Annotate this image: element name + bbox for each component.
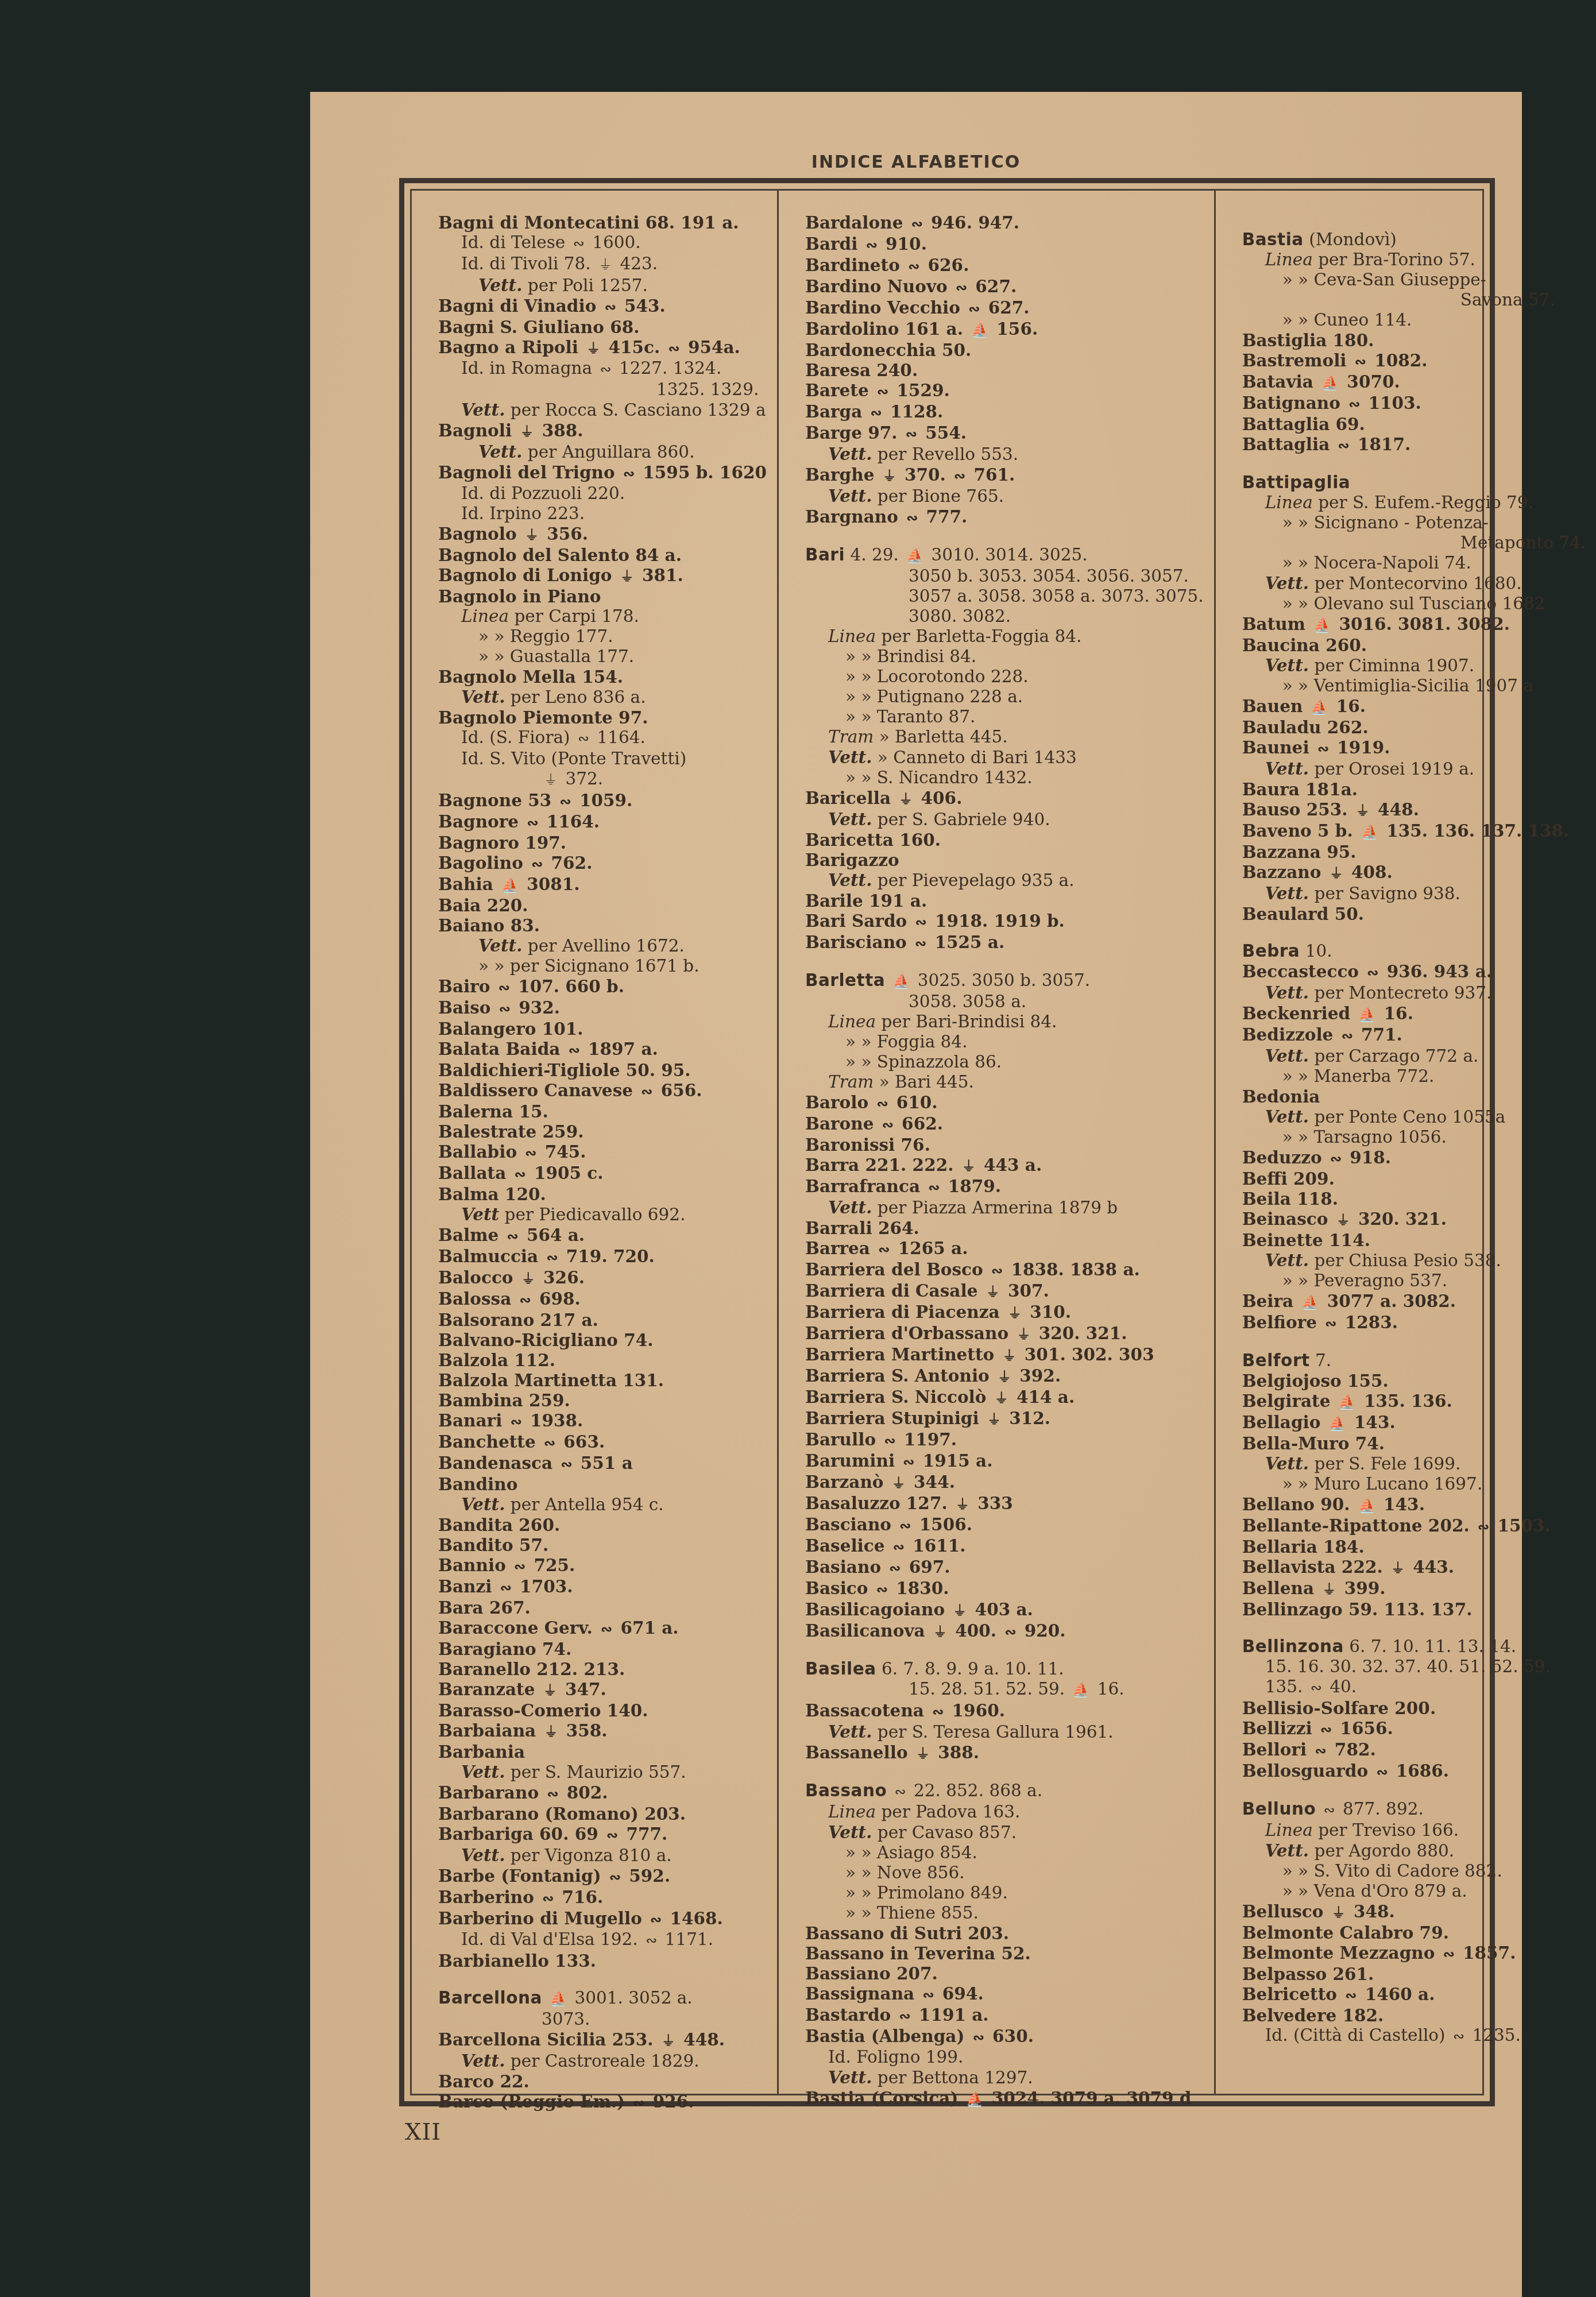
index-entry: Barbianello 133. [438, 1951, 767, 1971]
boat-icon: ⛵ [1358, 1495, 1375, 1515]
index-entry: Vett. per Agordo 880. [1242, 1840, 1586, 1861]
train-icon: ∾ [899, 1515, 911, 1536]
train-icon: ∾ [903, 1452, 914, 1472]
tram-icon: ⏚ [962, 1156, 976, 1176]
index-entry: Bahia ⛵ 3081. [438, 874, 767, 895]
index-entry: Id. Irpino 223. [438, 504, 767, 524]
index-entry: Barile 191 a. [805, 891, 1204, 911]
index-entry: Barete ∾ 1529. [805, 380, 1204, 401]
tram-icon: ⏚ [544, 770, 558, 790]
boat-icon: ⛵ [971, 320, 988, 340]
train-icon: ∾ [877, 381, 888, 401]
index-entry: Bastia (Corsica) ⛵ 3024. 3079 a. 3079 d [805, 2088, 1204, 2109]
index-entry: Banchette ∾ 663. [438, 1432, 767, 1453]
index-entry: Bebra 10. [1242, 941, 1586, 961]
index-entry: Basciano ∾ 1506. [805, 1514, 1204, 1536]
index-entry: » » Thiene 855. [805, 1903, 1204, 1923]
vettura-label: Vett. [828, 809, 872, 829]
index-entry: Vett. per Vigonza 810 a. [438, 1845, 767, 1866]
index-entry: Bardineto ∾ 626. [805, 255, 1204, 276]
index-entry: Baiano 83. [438, 915, 767, 935]
index-entry: Batum ⛵ 3016. 3081. 3082. [1242, 614, 1586, 635]
train-icon: ∾ [1348, 394, 1360, 414]
index-entry: Savona 57. [1242, 290, 1586, 310]
index-entry: Id. di Tivoli 78. ⏚ 423. [438, 254, 767, 275]
index-entry: Bastremoli ∾ 1082. [1242, 350, 1586, 372]
index-entry: Belfiore ∾ 1283. [1242, 1312, 1586, 1333]
index-entry: Balsorano 217 a. [438, 1310, 767, 1330]
vettura-label: Vett. [478, 935, 522, 956]
index-entry: Basico ∾ 1830. [805, 1578, 1204, 1599]
vettura-label: Vett. [461, 1845, 505, 1865]
index-entry: » » Olevano sul Tusciano 1682 [1242, 594, 1586, 614]
train-icon: ∾ [1315, 1741, 1326, 1761]
tram-icon: ⏚ [1336, 1210, 1350, 1230]
index-entry: Bellante-Ripattone 202. ∾ 1503. [1242, 1515, 1586, 1537]
major-station-name: Barcellona [438, 1988, 542, 2008]
index-entry: Vett. per S. Fele 1699. [1242, 1453, 1586, 1474]
index-entry: » » Vena d'Oro 879 a. [1242, 1881, 1586, 1901]
index-entry: Bassanello ⏚ 388. [805, 1742, 1204, 1764]
train-icon: ∾ [882, 1115, 894, 1135]
index-entry: Balossa ∾ 698. [438, 1289, 767, 1310]
index-entry: 1325. 1329. [438, 380, 767, 400]
linea-label: Linea [1265, 250, 1313, 269]
major-station-name: Belfort [1242, 1351, 1310, 1370]
index-entry: Bandita 260. [438, 1515, 767, 1535]
index-entry: Barigazzo [805, 850, 1204, 870]
tram-icon: ⏚ [916, 1743, 930, 1764]
index-entry: Barriera di Piacenza ⏚ 310. [805, 1302, 1204, 1323]
tram-label: Tram [828, 1072, 874, 1092]
index-entry: » » Primolano 849. [805, 1883, 1204, 1903]
index-entry: Baraccone Gerv. ∾ 671 a. [438, 1618, 767, 1639]
train-icon: ∾ [866, 235, 878, 255]
train-icon: ∾ [561, 1454, 572, 1474]
train-icon: ∾ [1320, 1719, 1332, 1739]
index-entry: Balmuccia ∾ 719. 720. [438, 1246, 767, 1267]
index-entry: Vett. per Ciminna 1907. [1242, 655, 1586, 676]
major-station-name: Bebra [1242, 941, 1300, 961]
train-icon: ∾ [906, 424, 917, 444]
index-entry: Bardonecchia 50. [805, 340, 1204, 360]
index-entry: Bellori ∾ 782. [1242, 1739, 1586, 1761]
index-entry: 15. 16. 30. 32. 37. 40. 51. 52. 59. [1242, 1657, 1586, 1677]
index-entry: » » Locorotondo 228. [805, 667, 1204, 687]
index-entry: Bellano 90. ⛵ 143. [1242, 1494, 1586, 1515]
index-entry: Barasso-Comerio 140. [438, 1700, 767, 1720]
train-icon: ∾ [956, 277, 967, 297]
index-entry: 3073. [438, 2009, 767, 2029]
index-entry: 3057 a. 3058. 3058 a. 3073. 3075. [805, 586, 1204, 606]
train-icon: ∾ [895, 1782, 906, 1802]
train-icon: ∾ [641, 1081, 652, 1101]
index-entry: Barbarano (Romano) 203. [438, 1804, 767, 1824]
train-icon: ∾ [1367, 962, 1378, 983]
index-entry: Bari Sardo ∾ 1918. 1919 b. [805, 911, 1204, 932]
train-icon: ∾ [906, 508, 918, 528]
train-icon: ∾ [1345, 1985, 1357, 2005]
index-entry: Linea per S. Eufem.-Reggio 79. [1242, 493, 1586, 513]
index-entry: » » Ceva-San Giuseppe- [1242, 270, 1586, 290]
index-column-1: Bagni di Montecatini 68. 191 a.Id. di Te… [412, 191, 777, 2094]
index-entry: Barbe (Fontanig) ∾ 592. [438, 1866, 767, 1887]
index-entry: Bargnano ∾ 777. [805, 506, 1204, 528]
index-entry: Belluno ∾ 877. 892. [1242, 1799, 1586, 1820]
train-icon: ∾ [606, 1825, 618, 1845]
tram-icon: ⏚ [586, 338, 600, 358]
index-entry: Banari ∾ 1938. [438, 1410, 767, 1432]
index-entry: 3050 b. 3053. 3054. 3056. 3057. [805, 566, 1204, 586]
index-entry: Belmonte Calabro 79. [1242, 1923, 1586, 1943]
train-icon: ∾ [928, 1177, 940, 1197]
index-entry: Vett. per Carzago 772 a. [1242, 1046, 1586, 1066]
vettura-label: Vett. [828, 747, 872, 767]
vettura-label: Vett. [461, 1762, 505, 1782]
index-entry: Bagolino ∾ 762. [438, 853, 767, 874]
vettura-label: Vett. [461, 400, 505, 420]
index-entry: Bagni di Vinadio ∾ 543. [438, 296, 767, 317]
index-entry: Metaponto 74. [1242, 533, 1586, 553]
index-entry: Beinette 114. [1242, 1230, 1586, 1250]
index-entry: Bandino [438, 1474, 767, 1494]
index-entry: Beinasco ⏚ 320. 321. [1242, 1209, 1586, 1230]
index-entry: Bastia (Albenga) ∾ 630. [805, 2026, 1204, 2047]
index-entry: Barletta ⛵ 3025. 3050 b. 3057. [805, 970, 1204, 992]
index-entry: Balzola Martinetta 131. [438, 1370, 767, 1390]
tram-icon: ⏚ [598, 255, 612, 275]
index-entry: » » Nocera-Napoli 74. [1242, 553, 1586, 573]
index-entry: Bellosguardo ∾ 1686. [1242, 1761, 1586, 1782]
tram-icon: ⏚ [525, 525, 539, 545]
train-icon: ∾ [507, 1226, 519, 1246]
index-entry: Ballata ∾ 1905 c. [438, 1163, 767, 1184]
train-icon: ∾ [605, 297, 616, 317]
boat-icon: ⛵ [906, 546, 923, 566]
index-entry: Linea per Treviso 166. [1242, 1820, 1586, 1840]
index-entry: Linea per Barletta-Foggia 84. [805, 627, 1204, 647]
train-icon: ∾ [1342, 1026, 1353, 1046]
index-entry: Belgirate ⛵ 135. 136. [1242, 1391, 1586, 1412]
index-entry: Id. Foligno 199. [805, 2047, 1204, 2067]
tram-icon: ⏚ [521, 1269, 535, 1289]
index-entry: Bagnoro 197. [438, 833, 767, 853]
tram-icon: ⏚ [1003, 1345, 1017, 1366]
index-entry: Bari 4. 29. ⛵ 3010. 3014. 3025. [805, 545, 1204, 566]
index-entry: Barga ∾ 1128. [805, 401, 1204, 423]
tram-icon: ⏚ [986, 1282, 1000, 1302]
index-entry: » » Asiago 854. [805, 1843, 1204, 1863]
index-entry: Vett. per Revello 553. [805, 444, 1204, 465]
boat-icon: ⛵ [1302, 1292, 1319, 1312]
index-entry: Bauladu 262. [1242, 717, 1586, 737]
index-entry: Id. di Val d'Elsa 192. ∾ 1171. [438, 1929, 767, 1951]
tram-icon: ⏚ [953, 1600, 967, 1621]
index-column-3: Bastia (Mondovì)Linea per Bra-Torino 57.… [1214, 191, 1596, 2094]
train-icon: ∾ [1376, 1762, 1388, 1782]
index-entry: Vett. per Pievepelago 935 a. [805, 870, 1204, 891]
index-entry: Belvedere 182. [1242, 2005, 1586, 2025]
train-icon: ∾ [1355, 351, 1366, 372]
index-entry: Barriera Martinetto ⏚ 301. 302. 303 [805, 1344, 1204, 1366]
vettura-label: Vett. [478, 275, 522, 295]
tram-icon: ⏚ [1391, 1558, 1405, 1578]
index-entry: Basilicagoiano ⏚ 403 a. [805, 1599, 1204, 1621]
index-entry: Bagni di Montecatini 68. 191 a. [438, 212, 767, 233]
index-entry: Balangero 101. [438, 1019, 767, 1039]
index-entry: Basaluzzo 127. ⏚ 333 [805, 1493, 1204, 1514]
index-entry: Balme ∾ 564 a. [438, 1225, 767, 1246]
index-entry: Vett. per Bettona 1297. [805, 2067, 1204, 2088]
train-icon: ∾ [515, 1164, 526, 1184]
index-entry: Balma 120. [438, 1184, 767, 1204]
train-icon: ∾ [1325, 1313, 1336, 1333]
index-entry: Beckenried ⛵ 16. [1242, 1003, 1586, 1024]
index-entry: Vett. per Poli 1257. [438, 275, 767, 296]
index-entry: Bellena ⏚ 399. [1242, 1578, 1586, 1599]
index-entry: Batavia ⛵ 3070. [1242, 372, 1586, 393]
index-entry: Basilicanova ⏚ 400. ∾ 920. [805, 1621, 1204, 1642]
index-entry: Baricella ⏚ 406. [805, 788, 1204, 809]
index-entry: Balestrate 259. [438, 1122, 767, 1142]
train-icon: ∾ [569, 1040, 580, 1060]
index-frame: Bagni di Montecatini 68. 191 a.Id. di Te… [399, 178, 1495, 2106]
vettura-label: Vett. [461, 1494, 505, 1514]
train-icon: ∾ [1004, 1622, 1016, 1642]
index-entry: Bagnoli del Trigno ∾ 1595 b. 1620 [438, 462, 767, 484]
index-entry: Barumini ∾ 1915 a. [805, 1451, 1204, 1472]
index-columns: Bagni di Montecatini 68. 191 a.Id. di Te… [412, 191, 1482, 2094]
train-icon: ∾ [600, 359, 612, 380]
index-entry: Belfort 7. [1242, 1351, 1586, 1371]
boat-icon: ⛵ [1329, 1413, 1346, 1433]
train-icon: ∾ [573, 234, 585, 254]
train-icon: ∾ [520, 1290, 531, 1310]
index-entry: Bairo ∾ 107. 660 b. [438, 976, 767, 997]
index-entry: Bastiglia 180. [1242, 330, 1586, 350]
index-entry: Balerna 15. [438, 1101, 767, 1122]
index-entry: Bassano ∾ 22. 852. 868 a. [805, 1781, 1204, 1802]
index-entry: Bellizzi ∾ 1656. [1242, 1718, 1586, 1739]
major-station-name: Basilea [805, 1659, 876, 1679]
index-entry: » » per Sicignano 1671 b. [438, 956, 767, 976]
boat-icon: ⛵ [967, 2089, 984, 2109]
train-icon: ∾ [1311, 1678, 1322, 1698]
index-entry: Belricetto ∾ 1460 a. [1242, 1984, 1586, 2005]
index-entry: » » Guastalla 177. [438, 647, 767, 667]
index-entry: Baragiano 74. [438, 1639, 767, 1659]
major-station-name: Bassano [805, 1781, 887, 1800]
tram-icon: ⏚ [662, 2031, 675, 2051]
vettura-label: Vett. [461, 2051, 505, 2071]
boat-icon: ⛵ [1311, 697, 1328, 717]
major-station-name: Belluno [1242, 1799, 1316, 1819]
index-entry: Vett. per Cavaso 857. [805, 1822, 1204, 1843]
train-icon: ∾ [633, 2093, 644, 2113]
index-entry: Barullo ∾ 1197. [805, 1429, 1204, 1451]
boat-icon: ⛵ [1313, 615, 1331, 635]
index-entry: Baricetta 160. [805, 830, 1204, 850]
train-icon: ∾ [922, 1985, 934, 2005]
vettura-label: Vett. [828, 870, 872, 890]
vettura-label: Vett. [828, 1822, 872, 1842]
index-entry: Beccastecco ∾ 936. 943 a. [1242, 961, 1586, 983]
train-icon: ∾ [514, 1556, 525, 1576]
index-entry: Barrafranca ∾ 1879. [805, 1176, 1204, 1197]
index-entry: Barghe ⏚ 370. ∾ 761. [805, 465, 1204, 486]
index-entry: Id. (Città di Castello) ∾ 1235. [1242, 2025, 1586, 2047]
index-entry: Banzi ∾ 1703. [438, 1576, 767, 1598]
index-entry: Beffi 209. [1242, 1169, 1586, 1189]
tram-icon: ⏚ [1008, 1303, 1022, 1323]
index-entry: Linea per Bari-Brindisi 84. [805, 1012, 1204, 1032]
index-entry: Baveno 5 b. ⛵ 135. 136. 137. 138. [1242, 821, 1586, 842]
index-entry: Bauen ⛵ 16. [1242, 696, 1586, 717]
index-entry: ⏚ 372. [438, 769, 767, 790]
index-entry: Barge 97. ∾ 554. [805, 423, 1204, 444]
index-entry: Barcellona ⛵ 3001. 3052 a. [438, 1988, 767, 2009]
index-entry: » » Reggio 177. [438, 627, 767, 647]
index-entry: Vett. per Piazza Armerina 1879 b [805, 1197, 1204, 1218]
index-entry: Vett. per Orosei 1919 a. [1242, 759, 1586, 779]
index-entry: » » Peveragno 537. [1242, 1271, 1586, 1291]
boat-icon: ⛵ [1358, 1004, 1375, 1024]
index-entry: » » Muro Lucano 1697. [1242, 1474, 1586, 1494]
index-frame-inner: Bagni di Montecatini 68. 191 a.Id. di Te… [410, 189, 1484, 2095]
index-entry: Barriera del Bosco ∾ 1838. 1838 a. [805, 1259, 1204, 1281]
index-entry: Bassacotena ∾ 1960. [805, 1700, 1204, 1722]
index-entry: Barriera d'Orbassano ⏚ 320. 321. [805, 1323, 1204, 1344]
index-entry: Belgiojoso 155. [1242, 1371, 1586, 1391]
index-entry: Bardi ∾ 910. [805, 234, 1204, 255]
index-entry: Baranzate ⏚ 347. [438, 1679, 767, 1700]
tram-icon: ⏚ [899, 789, 913, 809]
index-entry: Bellaria 184. [1242, 1537, 1586, 1557]
major-station-name: Battipaglia [1242, 473, 1350, 492]
index-entry: » » Nove 856. [805, 1863, 1204, 1883]
train-icon: ∾ [876, 1093, 888, 1113]
index-entry: Bagnolo in Piano [438, 586, 767, 606]
linea-label: Linea [1265, 493, 1313, 512]
index-entry: Bannio ∾ 725. [438, 1555, 767, 1576]
index-entry: Bedizzole ∾ 771. [1242, 1024, 1586, 1046]
index-entry: Barrea ∾ 1265 a. [805, 1238, 1204, 1259]
boat-icon: ⛵ [1361, 822, 1378, 842]
vettura-label: Vett. [828, 1722, 872, 1742]
index-entry: Vett. per Castroreale 1829. [438, 2051, 767, 2071]
train-icon: ∾ [623, 463, 635, 484]
train-icon: ∾ [601, 1619, 612, 1639]
index-entry: Id. S. Vito (Ponte Travetti) [438, 749, 767, 769]
index-entry: Barbarano ∾ 802. [438, 1782, 767, 1804]
index-entry: » » S. Vito di Cadore 882. [1242, 1861, 1586, 1881]
train-icon: ∾ [915, 912, 927, 932]
train-icon: ∾ [547, 1784, 558, 1804]
index-entry: Bara 267. [438, 1598, 767, 1618]
index-entry: Barone ∾ 662. [805, 1113, 1204, 1135]
index-entry: Balocco ⏚ 326. [438, 1267, 767, 1289]
vettura-label: Vett. [478, 442, 522, 462]
boat-icon: ⛵ [1339, 1392, 1356, 1412]
train-icon: ∾ [1317, 738, 1329, 759]
index-entry: Baldichieri-Tigliole 50. 95. [438, 1060, 767, 1080]
vettura-label: Vett. [828, 444, 872, 464]
linea-label: Linea [828, 627, 876, 646]
train-icon: ∾ [908, 256, 919, 276]
index-entry: Bardino Vecchio ∾ 627. [805, 297, 1204, 319]
index-entry: Barriera S. Niccolò ⏚ 414 a. [805, 1387, 1204, 1408]
train-icon: ∾ [646, 1931, 657, 1951]
index-entry: Bazzana 95. [1242, 842, 1586, 862]
index-entry: Id. in Romagna ∾ 1227. 1324. [438, 358, 767, 380]
index-entry: Bagnolo di Lonigo ⏚ 381. [438, 565, 767, 586]
train-icon: ∾ [915, 933, 926, 953]
index-entry: Vett. per Avellino 1672. [438, 935, 767, 956]
page-number: XII [405, 2119, 441, 2145]
index-entry: Barra 221. 222. ⏚ 443 a. [805, 1155, 1204, 1176]
index-entry: Barriera di Casale ⏚ 307. [805, 1281, 1204, 1302]
index-entry: Barriera S. Antonio ⏚ 392. [805, 1366, 1204, 1387]
scanned-page: INDICE ALFABETICO Bagni di Montecatini 6… [310, 92, 1522, 2297]
tram-icon: ⏚ [544, 1722, 558, 1742]
index-entry: » » Foggia 84. [805, 1032, 1204, 1052]
index-entry: Bellagio ⛵ 143. [1242, 1412, 1586, 1433]
index-entry: Bauso 253. ⏚ 448. [1242, 799, 1586, 821]
index-entry: Baiso ∾ 932. [438, 997, 767, 1019]
train-icon: ∾ [531, 854, 543, 874]
index-entry: Barberino di Mugello ∾ 1468. [438, 1908, 767, 1929]
index-entry: Bagno a Ripoli ⏚ 415c. ∾ 954a. [438, 337, 767, 358]
train-icon: ∾ [968, 299, 980, 319]
index-entry: Bellisio-Solfare 200. [1242, 1698, 1586, 1718]
index-entry: Vett. per Chiusa Pesio 538. [1242, 1250, 1586, 1271]
index-entry: Vett. per S. Gabriele 940. [805, 809, 1204, 830]
index-entry: Barco 22. [438, 2071, 767, 2091]
tram-icon: ⏚ [1322, 1579, 1336, 1599]
index-entry: Batignano ∾ 1103. [1242, 393, 1586, 414]
index-entry: Id. di Telese ∾ 1600. [438, 233, 767, 254]
index-entry: Bandenasca ∾ 551 a [438, 1453, 767, 1474]
index-entry: » » Spinazzola 86. [805, 1052, 1204, 1072]
vettura-label: Vett. [1265, 1046, 1309, 1066]
index-entry: Barisciano ∾ 1525 a. [805, 932, 1204, 953]
index-entry: Bassiano 207. [805, 1963, 1204, 1983]
index-entry: Basilea 6. 7. 8. 9. 9 a. 10. 11. [805, 1659, 1204, 1679]
index-entry: Bastia (Mondovì) [1242, 230, 1586, 250]
index-entry: Baranello 212. 213. [438, 1659, 767, 1679]
index-entry: Vett. per Savigno 938. [1242, 883, 1586, 904]
index-entry: Baresa 240. [805, 360, 1204, 380]
index-entry: Bellinzona 6. 7. 10. 11. 13. 14. [1242, 1637, 1586, 1657]
tram-icon: ⏚ [892, 1473, 906, 1493]
vettura-label: Vett. [828, 1197, 872, 1217]
index-entry: » » Putignano 228 a. [805, 687, 1204, 707]
index-entry: 15. 28. 51. 52. 59. ⛵ 16. [805, 1679, 1204, 1700]
linea-label: Linea [828, 1012, 876, 1031]
index-entry: Linea per Carpi 178. [438, 606, 767, 627]
tram-icon: ⏚ [1332, 1902, 1346, 1923]
tram-icon: ⏚ [1330, 863, 1343, 883]
train-icon: ∾ [525, 1143, 536, 1163]
tram-label: Tram [828, 727, 874, 747]
index-entry: Bagnone 53 ∾ 1059. [438, 790, 767, 811]
index-entry: Bagnoli ⏚ 388. [438, 420, 767, 442]
index-entry: Bedonia [1242, 1086, 1586, 1107]
index-entry: Belpasso 261. [1242, 1964, 1586, 1984]
index-entry: Bagnolo ⏚ 356. [438, 524, 767, 545]
index-entry: Battaglia 69. [1242, 414, 1586, 434]
train-icon: ∾ [500, 1577, 512, 1598]
